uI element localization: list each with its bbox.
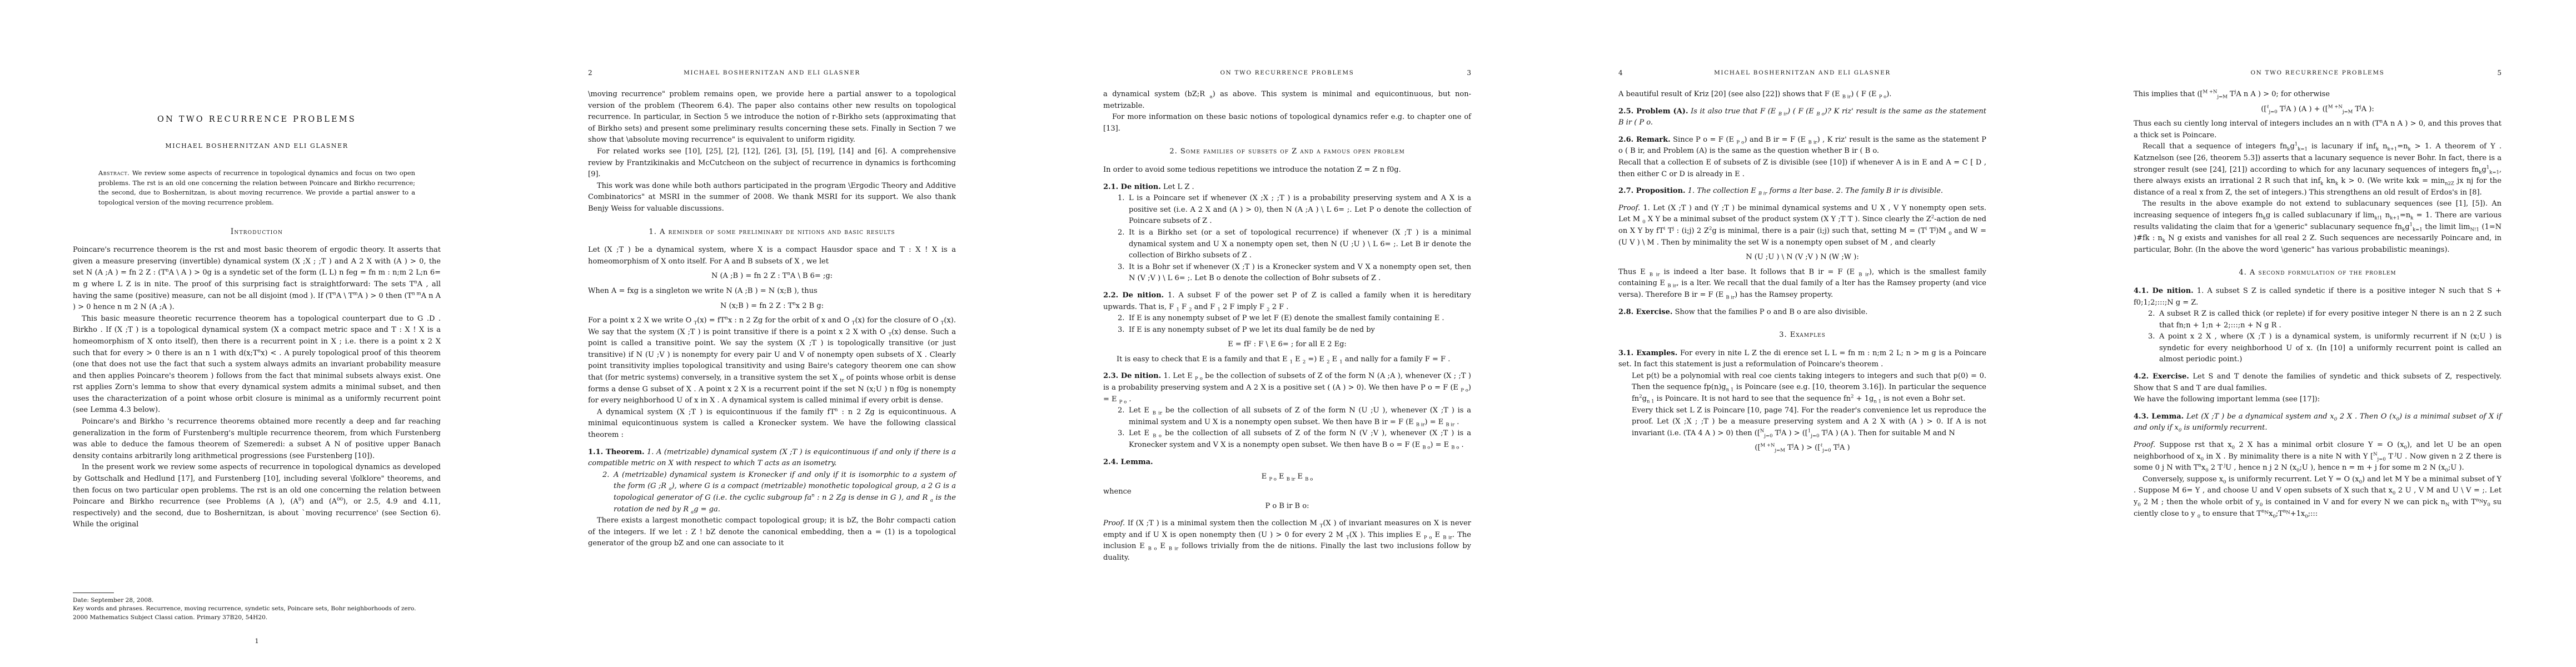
proof: Proof. If (X ;T ) is a minimal system th… — [1103, 518, 1471, 564]
paragraph: Recall that a sequence of integers fnkg1… — [2134, 141, 2502, 198]
paragraph: Conversely, suppose x0 is uniformly recu… — [2134, 474, 2502, 520]
header-title: MICHAEL BOSHERNITZAN AND ELI GLASNER — [1618, 69, 1986, 76]
running-head: 4 MICHAEL BOSHERNITZAN AND ELI GLASNER — [1618, 69, 1986, 78]
theorem-block: 3.1. Examples. For every in nite L Z the… — [1618, 348, 1986, 371]
paragraph: Thus E B ir is indeed a lter base. It fo… — [1618, 267, 1986, 301]
paragraph: For more information on these basic noti… — [1103, 112, 1471, 135]
header-page-number: 5 — [2497, 69, 2502, 77]
theorem-block: 4.1. De nition. 1. A subset S Z is calle… — [2134, 286, 2502, 308]
abstract: Abstract. We review some aspects of recu… — [98, 168, 415, 207]
abstract-label: Abstract. — [98, 169, 129, 177]
theorem-block: 2.2. De nition. 1. A subset F of the pow… — [1103, 290, 1471, 313]
paragraph: Let (X ;T ) be a dynamical system, where… — [588, 245, 956, 267]
screenshot-root: { "arxiv_stamp": "arXiv:0902.3931v1 [mat… — [0, 0, 2576, 667]
page-3: ON TWO RECURRENCE PROBLEMS 3 a dynamical… — [1030, 0, 1546, 667]
equation: N (A ;B ) = fn 2 Z : TnA \ B 6= ;g: — [588, 271, 956, 282]
header-title: ON TWO RECURRENCE PROBLEMS — [2134, 69, 2502, 76]
introduction-heading: Introduction — [73, 226, 441, 238]
list-item: 2.It is a Birkho set (or a set of topolo… — [1103, 227, 1471, 262]
paragraph: There exists a largest monothetic compac… — [588, 515, 956, 550]
paragraph: Let p(t) be a polynomial with real coe c… — [1618, 371, 1986, 405]
paragraph: This work was done while both authors pa… — [588, 181, 956, 215]
page-1: ON TWO RECURRENCE PROBLEMS MICHAEL BOSHE… — [0, 0, 515, 667]
footnote-msc: 2000 Mathematics Subject Classi cation. … — [73, 614, 441, 622]
running-head: ON TWO RECURRENCE PROBLEMS 5 — [2134, 69, 2502, 78]
header-title: ON TWO RECURRENCE PROBLEMS — [1103, 69, 1471, 76]
theorem-block: 2.4. Lemma. — [1103, 457, 1471, 469]
equation: N (U ;U ) \ N (V ;V ) N (W ;W ): — [1618, 252, 1986, 263]
paragraph: Thus each su ciently long interval of in… — [2134, 118, 2502, 141]
paragraph: In order to avoid some tedious repetitio… — [1103, 165, 1471, 176]
list-item: 3.It is a Bohr set if whenever (X ;T ) i… — [1103, 262, 1471, 285]
paragraph: This basic measure theoretic recurrence … — [73, 313, 441, 416]
paragraph: A dynamical system (X ;T ) is equicontin… — [588, 407, 956, 441]
theorem-block: 2.5. Problem (A). Is it also true that F… — [1618, 106, 1986, 129]
paragraph: A beautiful result of Kriz [20] (see als… — [1618, 89, 1986, 101]
list-item: 2.A subset R Z is called thick (or reple… — [2134, 308, 2502, 331]
page-2: 2 MICHAEL BOSHERNITZAN AND ELI GLASNER \… — [515, 0, 1030, 667]
page-4-content: A beautiful result of Kriz [20] (see als… — [1618, 89, 1986, 457]
paragraph: For related works see [10], [25], [2], [… — [588, 146, 956, 181]
paragraph: It is easy to check that E is a family a… — [1103, 354, 1471, 366]
page-5-content: This implies that ([M +Nj=M TjA n A ) > … — [2134, 89, 2502, 520]
list-item: 2.If E is any nonempty subset of P we le… — [1103, 313, 1471, 325]
paragraph: Poincare's recurrence theorem is the rst… — [73, 245, 441, 313]
page-5: ON TWO RECURRENCE PROBLEMS 5 This implie… — [2061, 0, 2576, 667]
equation: ([M +Nj=M TjA ) > ([ℓj=0 TjA ) — [1618, 442, 1986, 454]
proof: Proof. 1. Let (X ;T ) and (Y ;T ) be min… — [1618, 203, 1986, 248]
theorem-block: 2.3. De nition. 1. Let E P o be the coll… — [1103, 371, 1471, 405]
running-head: ON TWO RECURRENCE PROBLEMS 3 — [1103, 69, 1471, 78]
equation: E P o E B ir E B o — [1103, 471, 1471, 483]
paragraph: This implies that ([M +Nj=M TjA n A ) > … — [2134, 89, 2502, 101]
paragraph: \moving recurrence" problem remains open… — [588, 89, 956, 146]
abstract-text: We review some aspects of recurrence in … — [98, 169, 415, 206]
theorem-block: 4.2. Exercise. Let S and T denote the fa… — [2134, 371, 2502, 394]
page-2-content: \moving recurrence" problem remains open… — [588, 89, 956, 550]
list-item: 2.Let E B ir be the collection of all su… — [1103, 405, 1471, 428]
page-number: 1 — [73, 637, 441, 645]
paragraph: We have the following important lemma (s… — [2134, 394, 2502, 406]
header-page-number: 3 — [1467, 69, 1471, 77]
equation: P o B ir B o: — [1103, 501, 1471, 512]
section-heading: 3. Examples — [1618, 330, 1986, 341]
title-block: ON TWO RECURRENCE PROBLEMS MICHAEL BOSHE… — [73, 0, 441, 152]
paragraph: Poincare's and Birkho 's recurrence theo… — [73, 416, 441, 462]
theorem-block: 1.1. Theorem. 1. A (metrizable) dynamica… — [588, 447, 956, 470]
paragraph: The results in the above example do not … — [2134, 198, 2502, 256]
header-title: MICHAEL BOSHERNITZAN AND ELI GLASNER — [588, 69, 956, 76]
theorem-block: 2.1. De nition. Let L Z . — [1103, 182, 1471, 193]
section-heading: 2. Some families of subsets of Z and a f… — [1103, 146, 1471, 158]
list-item: 2.A (metrizable) dynamical system is Kro… — [588, 470, 956, 515]
list-item: 3.If E is any nonempty subset of P we le… — [1103, 325, 1471, 336]
paragraph: When A = fxg is a singleton we write N (… — [588, 286, 956, 297]
theorem-block: 4.3. Lemma. Let (X ;T ) be a dynamical s… — [2134, 411, 2502, 434]
page-1-content: ON TWO RECURRENCE PROBLEMS MICHAEL BOSHE… — [73, 0, 441, 531]
footnote-date: Date: September 28, 2008. — [73, 596, 441, 605]
theorem-block: 2.8. Exercise. Show that the families P … — [1618, 307, 1986, 318]
list-item: 3.A point x 2 X , where (X ;T ) is a dyn… — [2134, 331, 2502, 366]
section-heading: 1. A reminder of some preliminary de nit… — [588, 227, 956, 238]
page-1-blocks: Poincare's recurrence theorem is the rst… — [73, 245, 441, 531]
theorem-block: 2.6. Remark. Since P o = F (E P o) and B… — [1618, 135, 1986, 157]
section-heading: 4. A second formulation of the problem — [2134, 267, 2502, 279]
paragraph: a dynamical system (bZ;R a) as above. Th… — [1103, 89, 1471, 112]
footnote-area: Date: September 28, 2008. Key words and … — [73, 593, 441, 622]
equation: ([ℓj=0 TjA ) (A ) + ([M +Nj=M TjA ): — [2134, 104, 2502, 116]
proof: Proof. Suppose rst that x0 2 X has a min… — [2134, 440, 2502, 474]
equation: N (x;B ) = fn 2 Z : Tnx 2 B g: — [588, 301, 956, 312]
list-item: 1.L is a Poincare set if whenever (X ;X … — [1103, 193, 1471, 227]
theorem-block: 2.7. Proposition. 1. The collection E B … — [1618, 186, 1986, 197]
page-3-content: a dynamical system (bZ;R a) as above. Th… — [1103, 89, 1471, 564]
paragraph: Recall that a collection E of subsets of… — [1618, 157, 1986, 180]
footnote-rule — [73, 593, 114, 593]
authors: MICHAEL BOSHERNITZAN AND ELI GLASNER — [73, 141, 441, 152]
paragraph: whence — [1103, 486, 1471, 498]
running-head: 2 MICHAEL BOSHERNITZAN AND ELI GLASNER — [588, 69, 956, 78]
paragraph: In the present work we review some aspec… — [73, 462, 441, 531]
page-4: 4 MICHAEL BOSHERNITZAN AND ELI GLASNER A… — [1546, 0, 2061, 667]
footnote-keywords: Key words and phrases. Recurrence, movin… — [73, 605, 441, 613]
page-title: ON TWO RECURRENCE PROBLEMS — [73, 114, 441, 126]
paragraph: Every thick set L Z is Poincare [10, pag… — [1618, 405, 1986, 440]
list-item: 3.Let E B o be the collection of all sub… — [1103, 428, 1471, 451]
paragraph: For a point x 2 X we write O T(x) = fTnx… — [588, 315, 956, 407]
equation: E = fF : F \ E 6= ; for all E 2 Eg: — [1103, 339, 1471, 351]
